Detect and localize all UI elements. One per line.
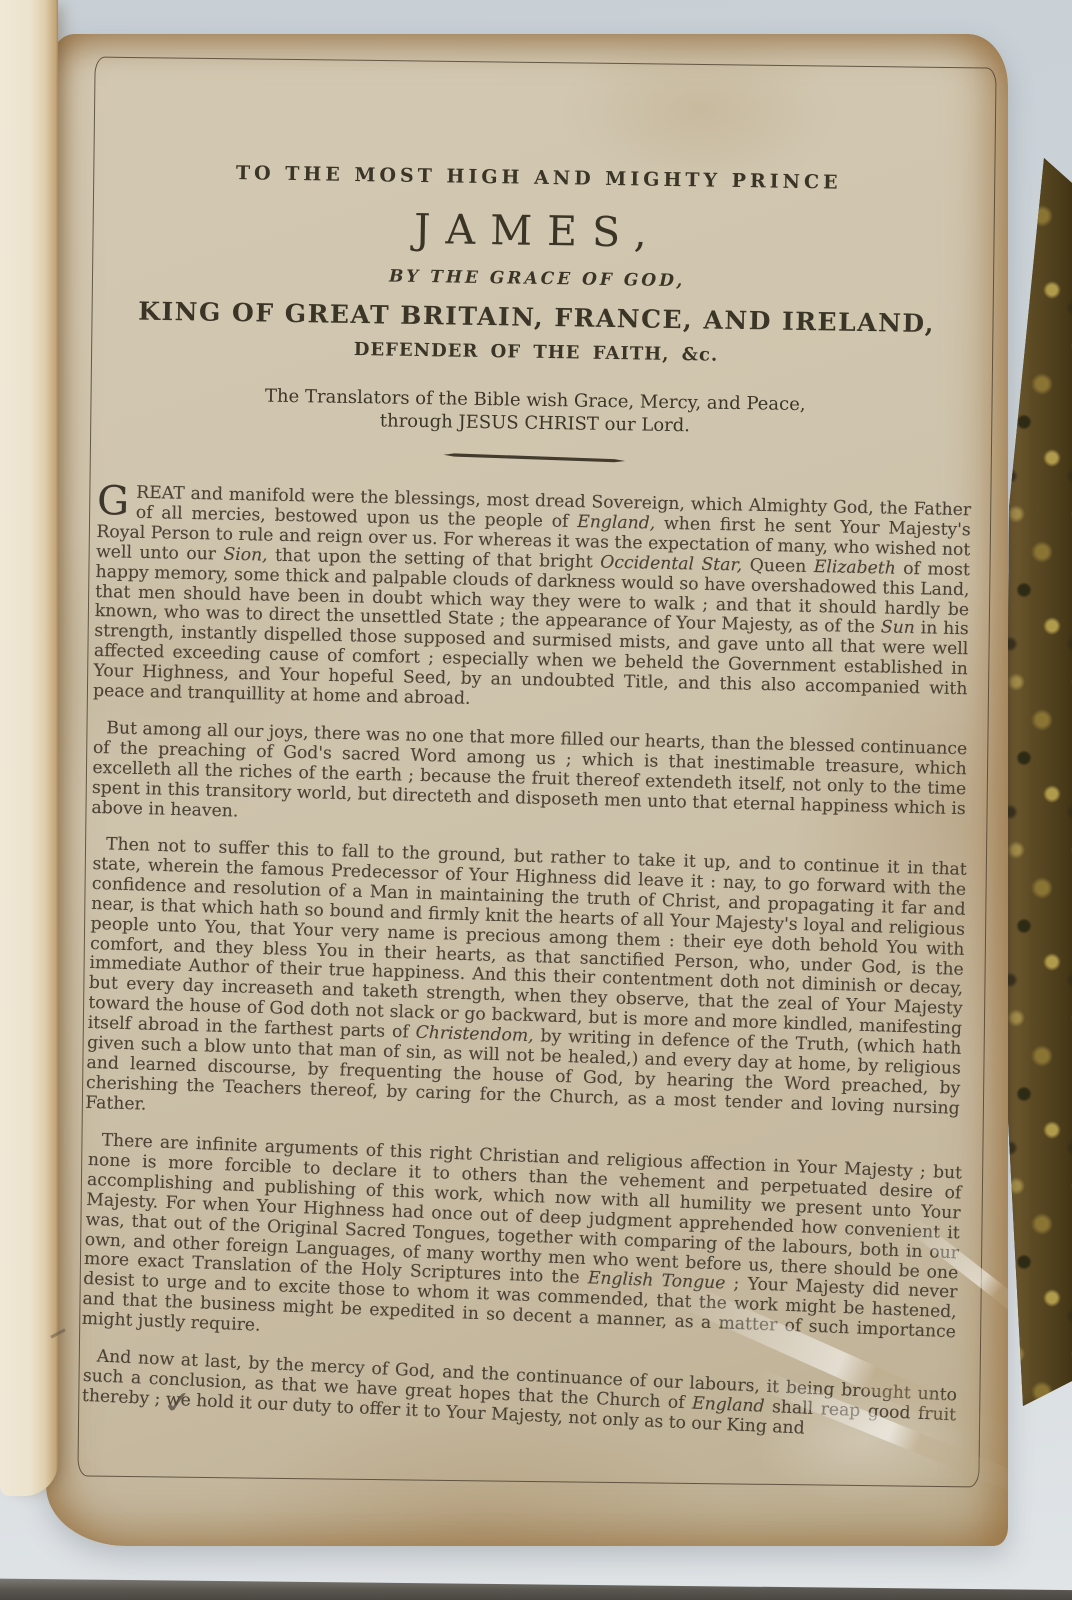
pencil-checkmark: ✓: [159, 1383, 196, 1421]
drop-cap: G: [97, 483, 137, 519]
table-edge: [0, 1574, 1072, 1600]
divider-rule: [443, 452, 625, 463]
royal-title-line: KING OF GREAT BRITAIN, FRANCE, AND IRELA…: [99, 296, 973, 339]
salutation: The Translators of the Bible wish Grace,…: [98, 382, 973, 443]
defender-line: DEFENDER OF THE FAITH, &c.: [99, 335, 973, 370]
paragraph-3: Then not to suffer this to fall to the g…: [85, 835, 967, 1139]
paragraph-4: There are infinite arguments of this rig…: [81, 1131, 962, 1363]
paragraph-2: But among all our joys, there was no one…: [91, 719, 967, 840]
king-name-title: JAMES,: [101, 200, 976, 262]
dedication-header: TO THE MOST HIGH AND MIGHTY PRINCE JAMES…: [97, 160, 975, 466]
book-photo: TO THE MOST HIGH AND MIGHTY PRINCE JAMES…: [0, 0, 1072, 1600]
grace-line: BY THE GRACE OF GOD,: [100, 262, 974, 296]
page-content: TO THE MOST HIGH AND MIGHTY PRINCE JAMES…: [82, 160, 975, 1420]
facing-page-edge: [0, 0, 58, 1496]
paragraph-1-text: REAT and manifold were the blessings, mo…: [93, 483, 971, 709]
dedication-body: GREAT and manifold were the blessings, m…: [82, 483, 970, 1421]
paragraph-1: GREAT and manifold were the blessings, m…: [93, 483, 971, 720]
book-page: TO THE MOST HIGH AND MIGHTY PRINCE JAMES…: [46, 34, 1008, 1546]
gilt-fore-edge: [1002, 158, 1072, 1406]
